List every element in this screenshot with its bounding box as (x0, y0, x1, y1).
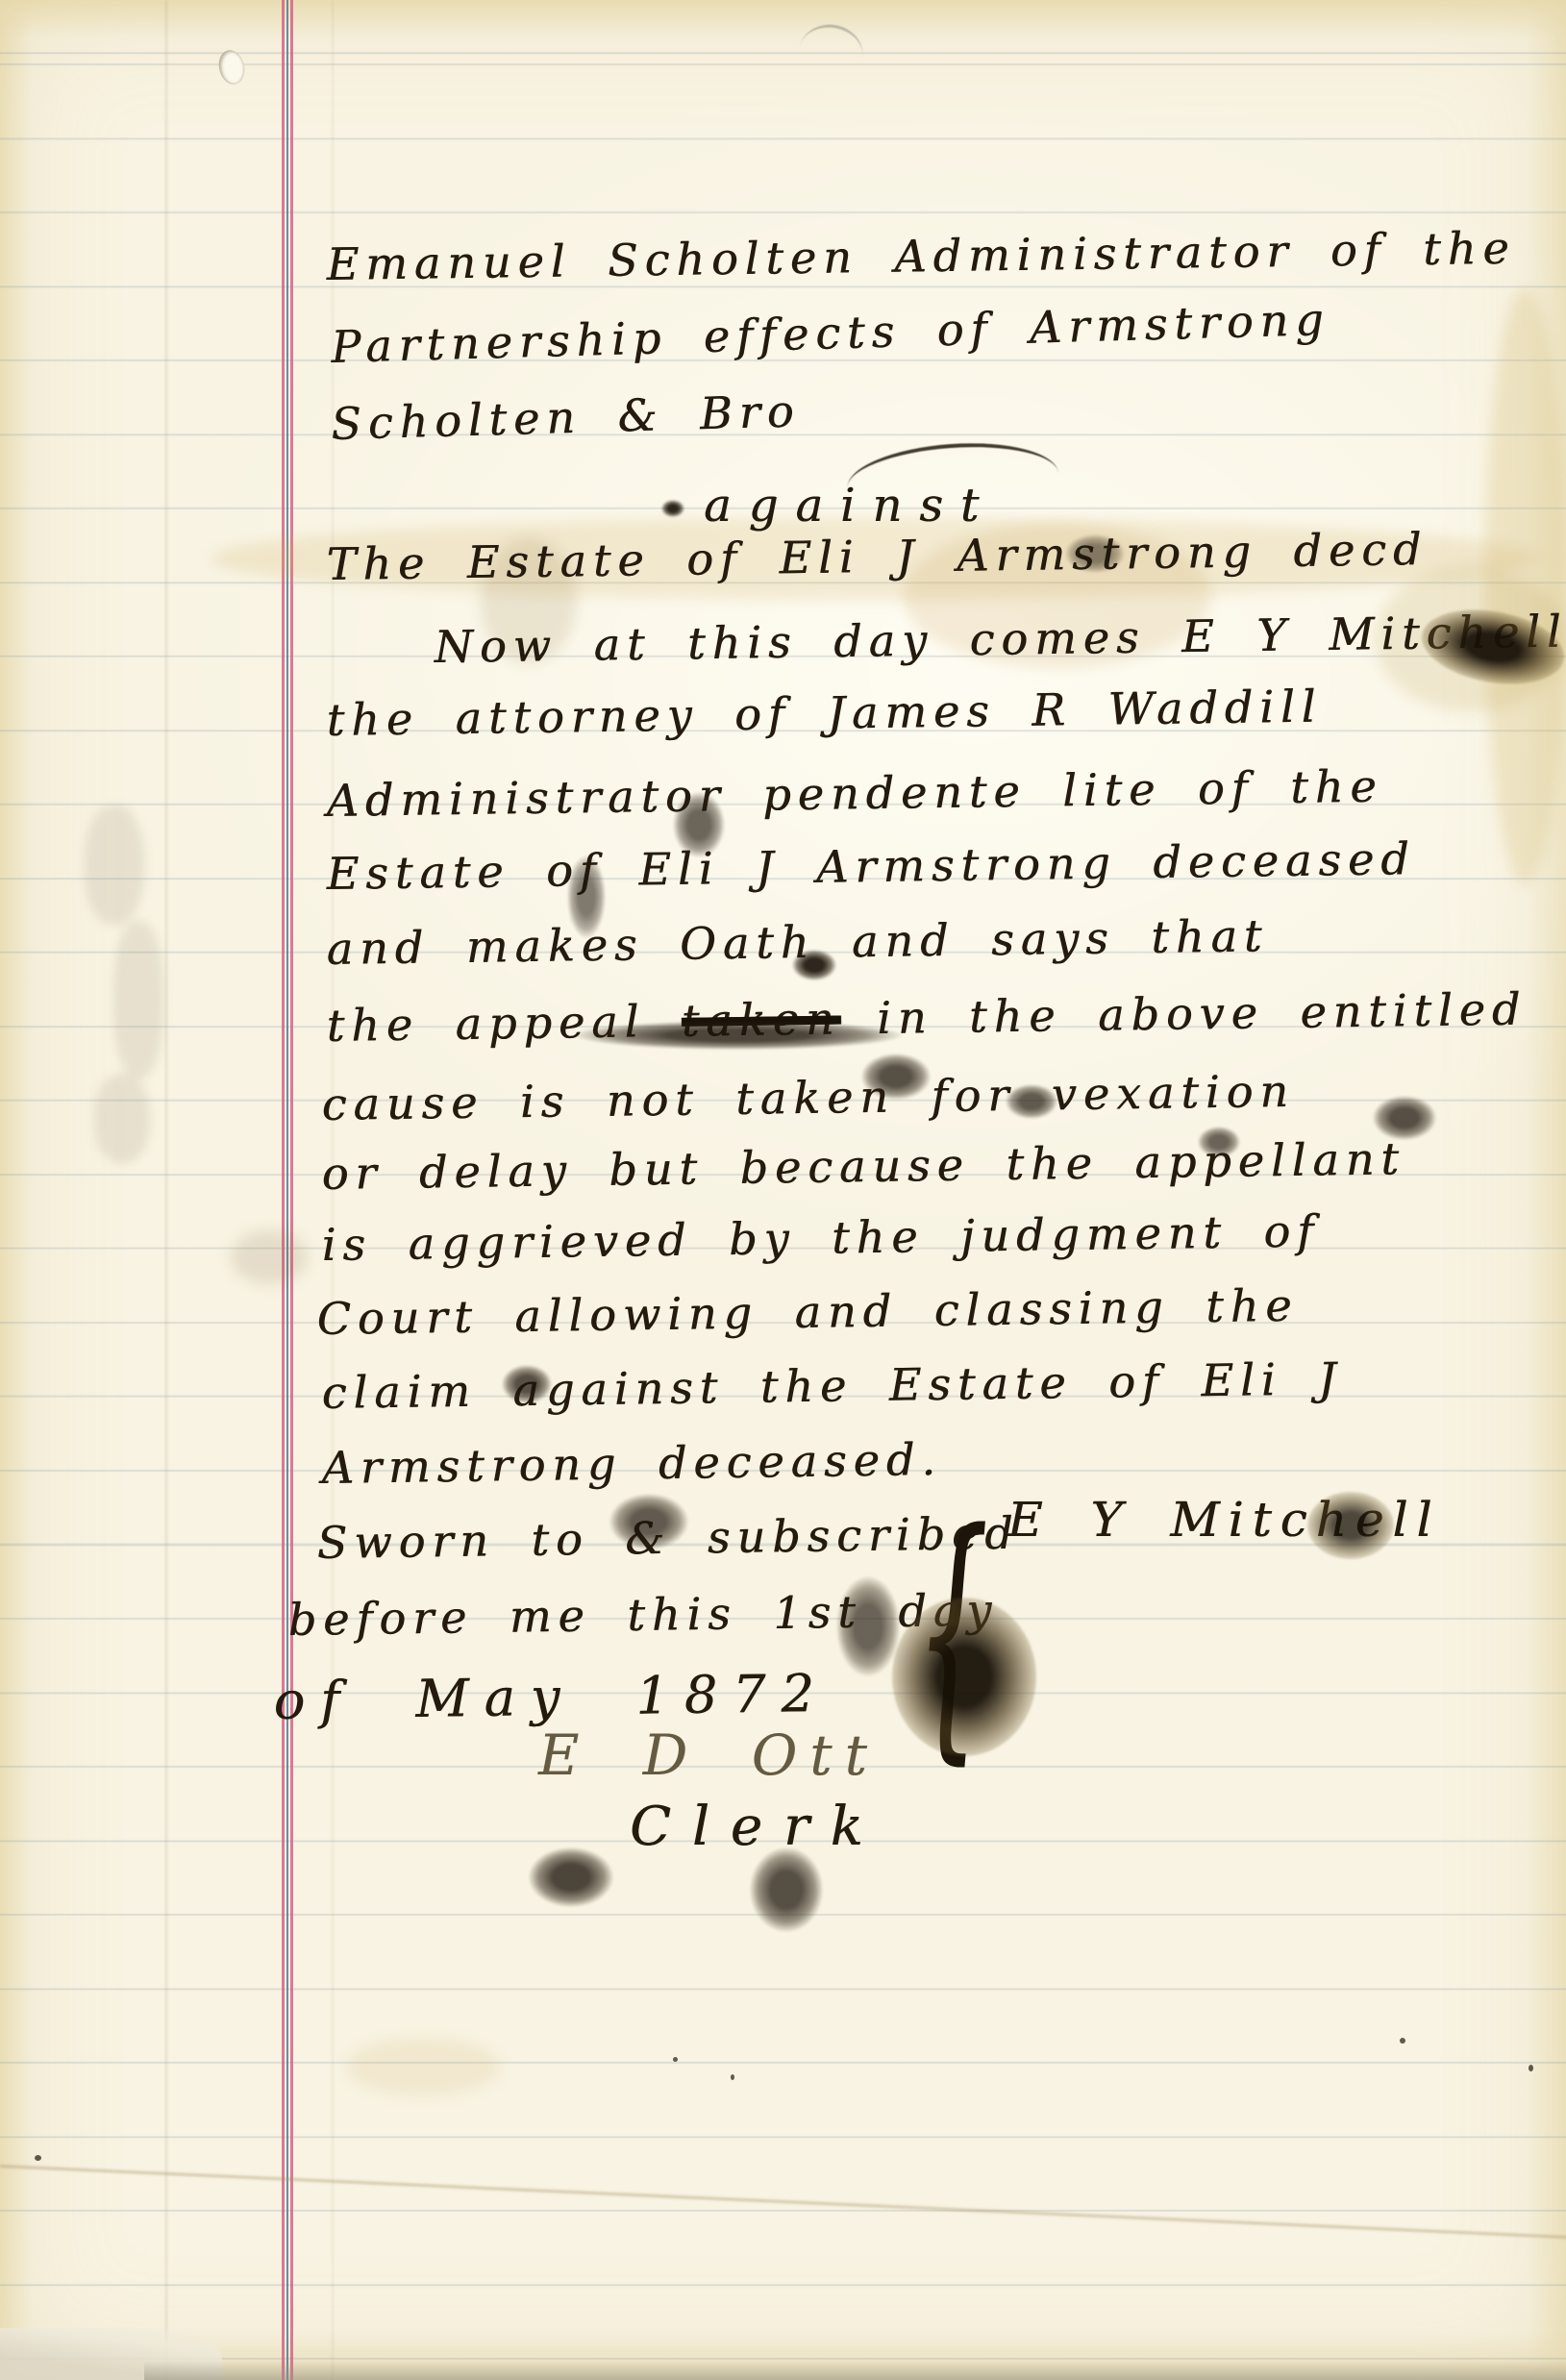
scanned-document-page: Emanuel Scholten Administrator of the Pa… (0, 0, 1566, 2380)
ink-blot (750, 1847, 823, 1932)
bleed-through-mark (113, 921, 163, 1078)
large-ink-blot (892, 1598, 1036, 1756)
margin-double-rule (281, 0, 294, 2380)
ink-blot (836, 1576, 900, 1676)
strike-post-text: in the above entitled (840, 983, 1528, 1045)
versus-line: against (704, 479, 996, 533)
clerk-signature: E D Ott (538, 1723, 880, 1788)
body-line: Armstrong deceased. (321, 1433, 942, 1494)
ink-blot (1307, 1492, 1394, 1559)
ink-speck (1400, 2038, 1405, 2044)
ink-speck (1529, 2065, 1533, 2071)
bleed-through-mark (85, 806, 144, 925)
ink-smear (575, 1021, 902, 1050)
clerk-title: Clerk (630, 1796, 884, 1858)
jurat-date: of May 1872 (273, 1663, 830, 1731)
bleed-through-mark (94, 1075, 150, 1163)
ink-speck (35, 2155, 41, 2161)
ink-blot (673, 792, 725, 857)
ink-blot (502, 1365, 552, 1403)
ink-blot (792, 950, 836, 980)
ink-blot (861, 1054, 931, 1100)
ink-blot (529, 1847, 613, 1907)
ink-blot (1006, 1084, 1057, 1119)
vertical-crease (165, 0, 167, 2380)
ink-speck (731, 2074, 734, 2080)
ink-blot (1065, 534, 1125, 573)
ink-blot (1373, 1096, 1436, 1140)
ink-blot (661, 500, 684, 517)
bottom-edge-shadow (144, 2361, 1566, 2380)
ink-speck (673, 2057, 678, 2062)
ink-blot (1198, 1127, 1240, 1157)
ink-blot (567, 855, 606, 938)
ink-blot (609, 1494, 688, 1549)
